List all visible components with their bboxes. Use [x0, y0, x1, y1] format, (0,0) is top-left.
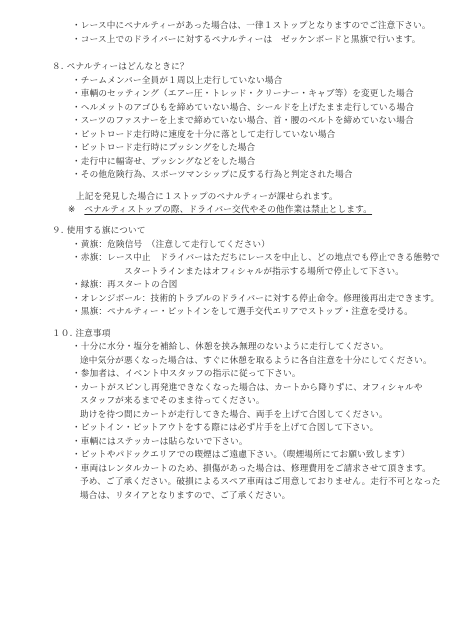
intro-bullet: ・コース上でのドライバーに対するペナルティーは ゼッケンボードと黒旗で行います。	[72, 34, 420, 48]
penalty-item: ・スーツのファスナーを上まで締めていない場合、首・腰のベルトを締めていない場合	[72, 115, 414, 129]
caution-item-cont: スタッフが来るまでそのまま待ってください。	[80, 395, 265, 409]
intro-bullet: ・レース中にペナルティーがあった場合は、一律１ストップとなりますのでご注意下さい…	[72, 20, 431, 34]
penalty-item: ・ヘルメットのアゴひもを締めていない場合、シールドを上げたまま走行している場合	[72, 102, 414, 116]
caution-item: ・車輌にはステッカーは貼らないで下さい。	[72, 436, 248, 450]
caution-item-cont: 途中気分が悪くなった場合は、すぐに休憩を取るように各自注意を十分にしてください。	[80, 355, 432, 369]
penalty-note: 上記を発見した場合に１ストップのペナルティーが課せられます。	[76, 191, 338, 205]
caution-item-cont: 助けを待つ間にカートが走行してきた場合、両手を上げて合図してください。	[80, 409, 388, 423]
caution-item: ・車両はレンタルカートのため、損傷があった場合は、修理費用をご請求させて頂きます…	[72, 463, 431, 477]
caution-item: ・十分に水分・塩分を補給し、休憩を挟み無理のないように走行してください。	[72, 341, 389, 355]
caution-item-cont: 予め、ご了承ください。破損によるスペア車両はご用意しておりません。走行不可となっ…	[80, 476, 441, 490]
section-10-heading: １０. 注意事項	[52, 328, 111, 342]
caution-item: ・ピットイン・ピットアウトをする際には必ず片手を上げて合図して下さい。	[72, 422, 378, 436]
flag-item-black: ・黒旗：ペナルティー・ピットインをして選手交代エリアでストップ・注意を受ける。	[72, 306, 413, 320]
penalty-item: ・車輌のセッティング（エアー圧・トレッド・クリーナー・キャブ等）を変更した場合	[72, 88, 414, 102]
penalty-item: ・走行中に幅寄せ、プッシングなどをした場合	[72, 156, 255, 170]
penalty-item: ・チームメンバー全員が１周以上走行していない場合	[72, 75, 282, 89]
document-page: ・レース中にペナルティーがあった場合は、一律１ストップとなりますのでご注意下さい…	[0, 0, 452, 640]
flag-item-red-cont: スタートラインまたはオフィシャルが指示する場所で停止して下さい。	[124, 266, 404, 280]
flag-item-orange-ball: ・オレンジボール：技術的トラブルのドライバーに対する停止命令。修理後再出走できま…	[72, 293, 439, 307]
caution-item: ・参加者は、イベント中スタッフの指示に従って下さい。	[72, 368, 301, 382]
caution-item: ・ピットやパドックエリアでの喫煙はご遠慮下さい。（喫煙場所にてお願い致します）	[72, 449, 410, 463]
flag-item-green: ・緑旗：再スタートの合図	[72, 279, 178, 293]
penalty-item: ・ピットロード走行時に速度を十分に落として走行していない場合	[72, 129, 335, 143]
section-8-heading: ８. ペナルティーはどんなときに？	[52, 61, 189, 75]
penalty-warning: ペナルティストップの際、ドライバー交代やその他作業は禁止とします。	[84, 205, 372, 215]
caution-item: ・カートがスピンし再発進できなくなった場合は、カートから降りずに、オフィシャルや	[72, 382, 423, 396]
flag-item-yellow: ・黄旗：危険信号 （注意して走行してください）	[72, 239, 270, 253]
reference-mark: ※	[68, 205, 75, 215]
flag-item-red: ・赤旗：レース中止 ドライバーはただちにレースを中止し、どの地点でも停止できる態…	[72, 252, 440, 266]
penalty-warning-row: ※ ペナルティストップの際、ドライバー交代やその他作業は禁止とします。	[68, 204, 372, 218]
section-9-heading: ９. 使用する旗について	[52, 225, 146, 239]
penalty-item: ・その他危険行為、スポーツマンシップに反する行為と判定された場合	[72, 169, 353, 183]
penalty-item: ・ピットロード走行時にプッシングをした場合	[72, 142, 255, 156]
caution-item-cont: 場合は、リタイアとなりますので、ご了承ください。	[80, 490, 290, 504]
